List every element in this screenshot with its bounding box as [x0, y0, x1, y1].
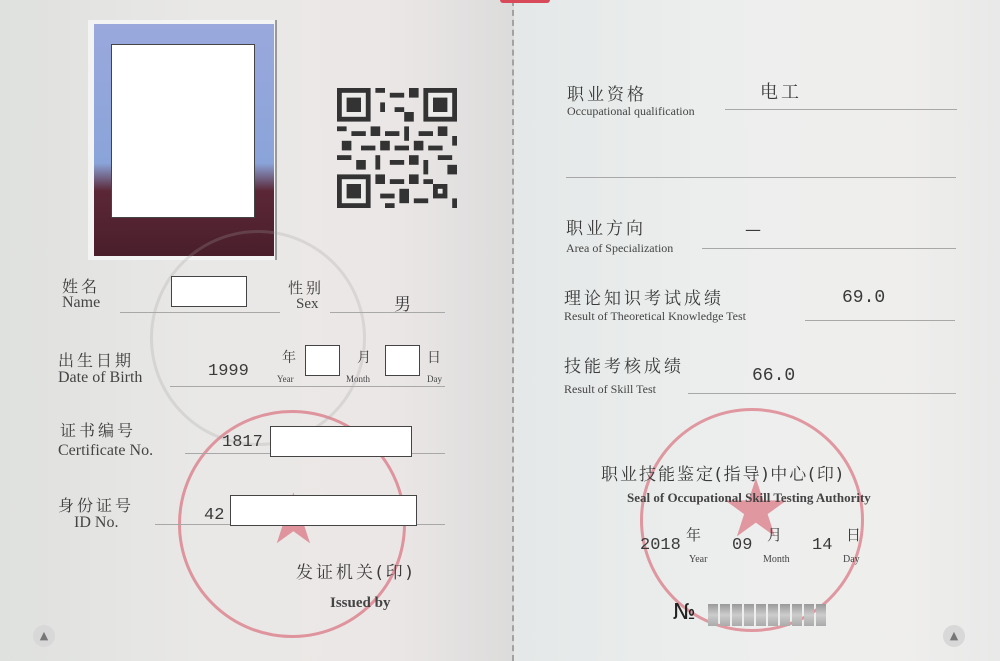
day-label-zh: 日	[427, 347, 444, 367]
birth-underline	[170, 386, 445, 387]
theory-label-en: Result of Theoretical Knowledge Test	[564, 309, 746, 324]
authority-label-zh: 职业技能鉴定(指导)中心(印)	[601, 460, 845, 485]
month-label-en: Month	[346, 374, 370, 384]
serial-number-blurred	[708, 604, 826, 626]
book-spine	[512, 0, 516, 661]
birth-label-zh: 出生日期	[58, 348, 134, 371]
month-label-zh: 月	[357, 347, 374, 367]
certificate-label-zh: 证书编号	[60, 418, 136, 441]
id-prefix: 42	[204, 506, 224, 525]
qualification-underline-2	[566, 177, 956, 178]
qr-code	[335, 88, 459, 208]
specialization-underline	[702, 248, 956, 249]
id-redaction	[230, 495, 417, 526]
certificate-label-en: Certificate No.	[58, 442, 153, 460]
birth-label-en: Date of Birth	[58, 369, 142, 387]
birth-day-redaction	[385, 345, 420, 376]
certificate-prefix: 1817	[222, 433, 263, 452]
authority-label-en: Seal of Occupational Skill Testing Autho…	[627, 490, 871, 506]
photo-redaction	[111, 44, 255, 218]
year-label-zh: 年	[282, 347, 299, 367]
certificate-redaction	[270, 426, 412, 457]
birth-year: 1999	[208, 362, 249, 381]
top-ribbon	[500, 0, 550, 3]
issuer-label-en: Issued by	[330, 595, 390, 612]
issue-month-label-en: Month	[763, 554, 790, 565]
skill-label-en: Result of Skill Test	[564, 382, 656, 397]
theory-label-zh: 理论知识考试成绩	[564, 284, 724, 309]
qualification-label-en: Occupational qualification	[567, 104, 695, 119]
name-label-en: Name	[62, 294, 100, 312]
issue-year: 2018	[640, 536, 681, 555]
issue-day: 14	[812, 536, 832, 555]
qualification-value: 电工	[760, 78, 802, 104]
specialization-value: —	[745, 220, 764, 239]
embossed-seal	[150, 230, 366, 446]
skill-score: 66.0	[752, 366, 795, 386]
name-underline	[120, 312, 280, 313]
year-label-en: Year	[277, 374, 294, 384]
issue-day-label-en: Day	[843, 554, 860, 565]
specialization-label-zh: 职业方向	[566, 214, 646, 239]
name-redaction	[171, 276, 247, 307]
sex-label-en: Sex	[296, 296, 319, 313]
sex-label-zh: 性别	[288, 277, 324, 298]
issue-day-label-zh: 日	[846, 524, 864, 545]
serial-prefix: №	[673, 600, 696, 625]
watermark-emblem-icon-right: ▲	[943, 625, 965, 647]
issue-month-label-zh: 月	[767, 524, 785, 545]
watermark-emblem-icon: ▲	[33, 625, 55, 647]
skill-underline	[688, 393, 956, 394]
qualification-label-zh: 职业资格	[567, 80, 647, 105]
id-label-zh: 身份证号	[58, 493, 134, 516]
issuer-label-zh: 发证机关(印)	[296, 558, 415, 583]
id-label-en: ID No.	[74, 514, 118, 532]
issue-year-label-zh: 年	[686, 524, 704, 545]
day-label-en: Day	[427, 374, 442, 384]
theory-underline	[805, 320, 955, 321]
sex-underline	[330, 312, 445, 313]
theory-score: 69.0	[842, 288, 885, 308]
birth-month-redaction	[305, 345, 340, 376]
qualification-underline	[725, 109, 957, 110]
specialization-label-en: Area of Specialization	[566, 241, 673, 256]
sex-value: 男	[394, 290, 414, 315]
issue-month: 09	[732, 536, 752, 555]
skill-label-zh: 技能考核成绩	[564, 352, 684, 377]
issue-year-label-en: Year	[689, 554, 707, 565]
